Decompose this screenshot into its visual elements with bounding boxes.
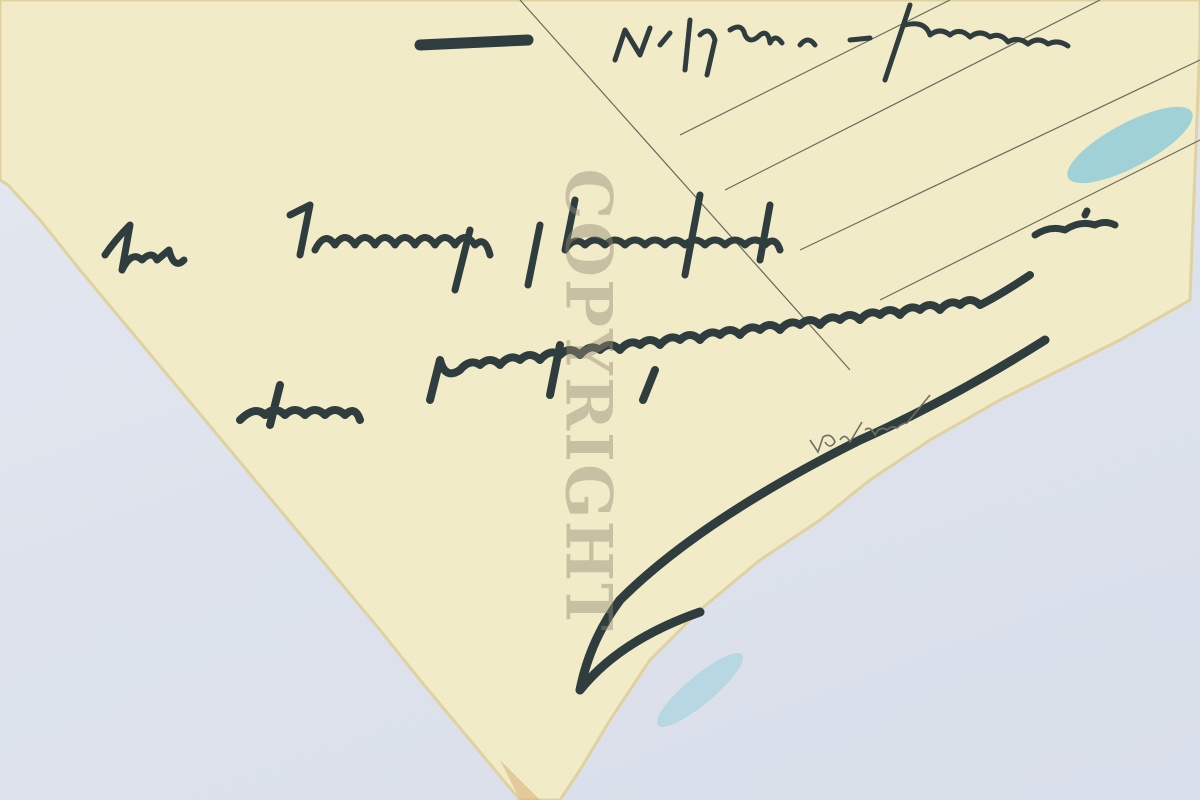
document-photo <box>0 0 1200 800</box>
paper-sheet <box>0 0 1200 800</box>
blue-smudge <box>649 644 751 736</box>
